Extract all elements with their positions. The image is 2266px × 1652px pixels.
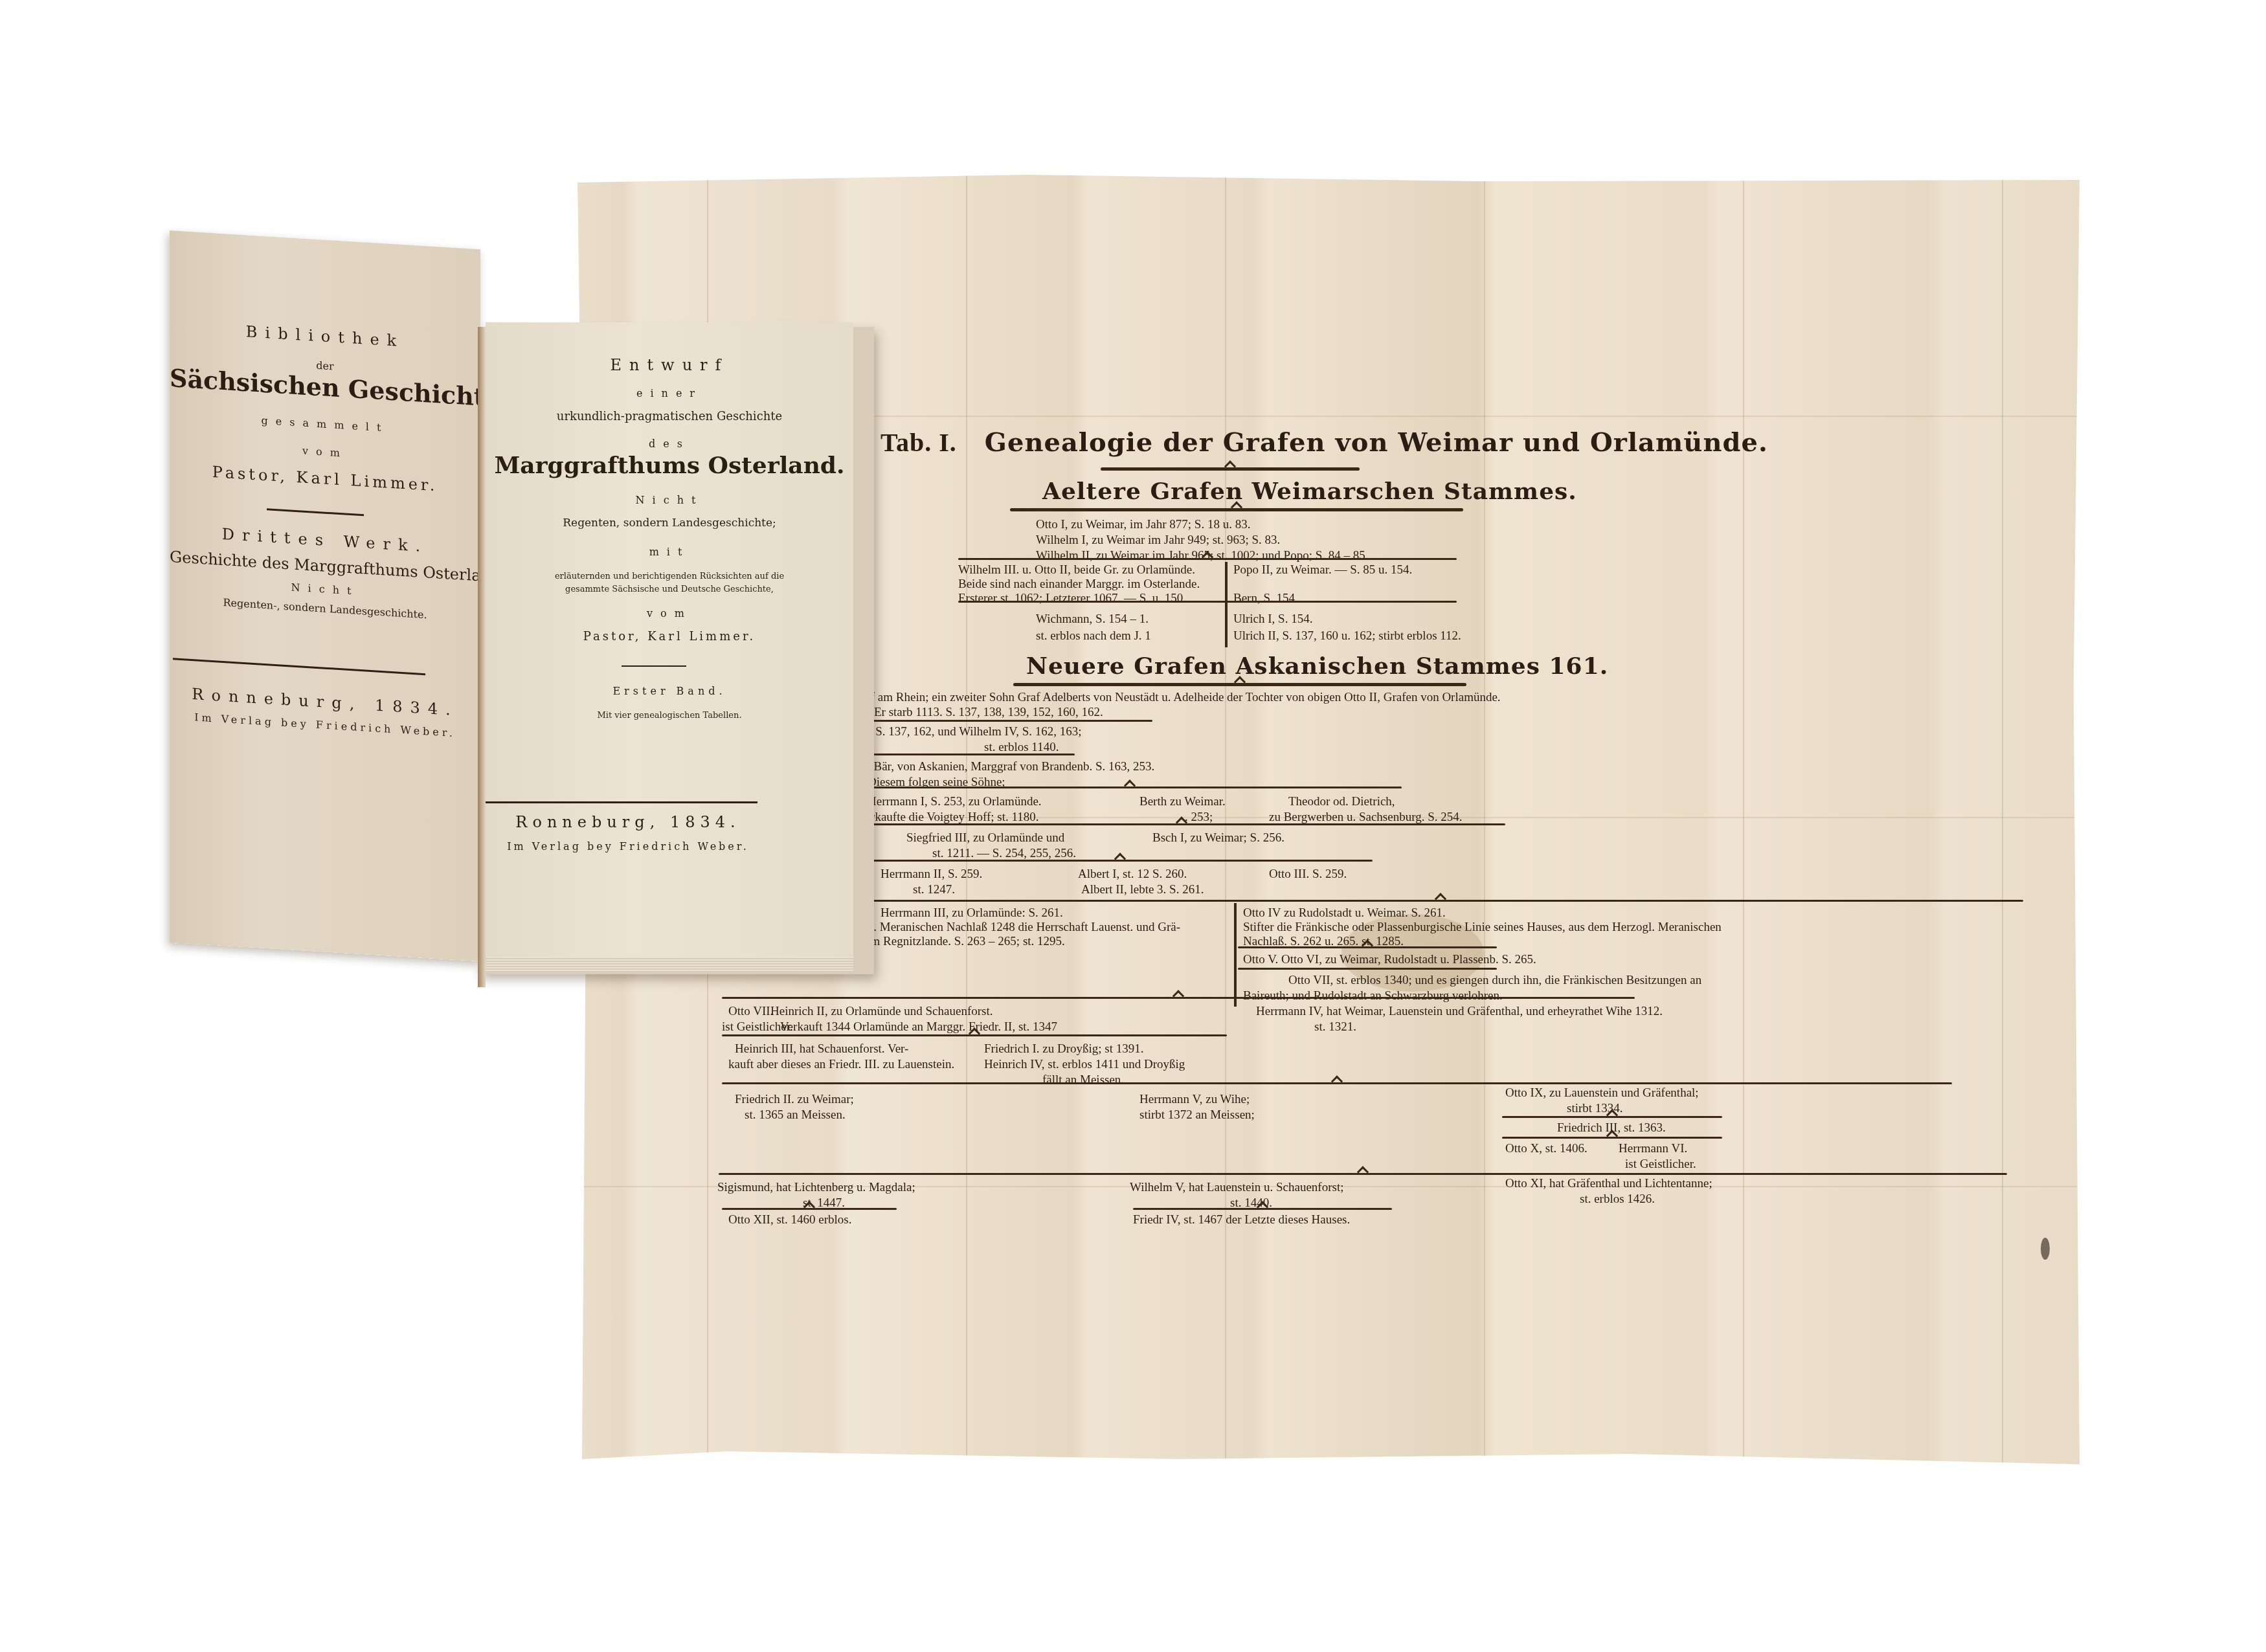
title-rule (486, 801, 757, 803)
brace-rule (1502, 1116, 1722, 1118)
genealogy-entry: Siegfried III, zu Orlamünde und (906, 830, 1064, 847)
divider-bar (1225, 562, 1228, 614)
genealogy-entry: fällt an Meissen. (1042, 1072, 1124, 1089)
brace-rule (1502, 1137, 1722, 1139)
genealogy-entry: Friedrich I. zu Droyßig; st 1391. (984, 1041, 1143, 1058)
fold-crease (1225, 170, 1226, 1464)
brace-rule (1238, 946, 1497, 948)
table-title-text: Genealogie der Grafen von Weimar und Orl… (985, 427, 1768, 458)
genealogy-entry: Er starb 1113. S. 137, 138, 139, 152, 16… (874, 704, 1103, 721)
brace-rule (858, 787, 1402, 788)
fold-crease (2002, 170, 2003, 1464)
author: Pastor, Karl Limmer. (486, 630, 853, 643)
brace-rule (1101, 467, 1360, 471)
genealogy-entry: st. erblos nach dem J. 1 (1036, 628, 1151, 645)
genealogy-entry: Otto IX, zu Lauenstein und Gräfenthal; (1505, 1085, 1699, 1102)
table-title: Tab. I. Genealogie der Grafen von Weimar… (881, 427, 1768, 458)
book-gutter (478, 327, 486, 987)
fold-crease (1743, 170, 1744, 1464)
genealogy-entry: er Bär, von Askanien, Marggraf von Brand… (861, 759, 1154, 776)
book-left-page: Bibliothek der Sächsischen Geschichte, g… (170, 230, 480, 961)
genealogy-entry: Otto VII, st. erblos 1340; und es gienge… (1288, 972, 1701, 989)
genealogy-entry: Otto XI, hat Gräfenthal und Lichtentanne… (1505, 1176, 1712, 1192)
genealogy-entry: Bern, S. 154. (1233, 590, 1298, 607)
genealogy-entry: stirbt 1372 an Meissen; (1139, 1107, 1255, 1124)
genealogy-entry: ist Geistlicher. (1625, 1156, 1696, 1173)
genealogy-entry: Herrmann II, S. 259. (881, 866, 982, 883)
imprint-publisher: Im Verlag bey Friedrich Weber. (486, 840, 770, 853)
brace-rule (722, 1082, 1952, 1084)
genealogy-entry: Wichmann, S. 154 – 1. (1036, 611, 1149, 628)
genealogy-entry: Baireuth; und Rudolstadt an Schwarzburg … (1243, 988, 1503, 1005)
title-line: gesammelt (170, 408, 480, 440)
book-right-page: Entwurf einer urkundlich-pragmatischen G… (486, 322, 853, 957)
genealogy-entry: Friedr IV, st. 1467 der Letzte dieses Ha… (1133, 1212, 1350, 1229)
brace-rule (722, 997, 1635, 999)
genealogy-entry: II, S. 137, 162, und Wilhelm IV, S. 162,… (861, 724, 1082, 741)
title-line: des (486, 438, 853, 450)
title-rule (173, 658, 425, 675)
brace-rule (719, 1173, 2007, 1175)
genealogy-entry: Albert II, lebte 3. S. 261. (1081, 882, 1204, 899)
rule (855, 720, 1152, 722)
title-line: Nicht (486, 494, 853, 506)
genealogy-entry: Berth zu Weimar. (1139, 794, 1226, 810)
title-line: vom (486, 607, 853, 619)
genealogy-entry: st. 1365 an Meissen. (745, 1107, 846, 1124)
table-number: Tab. I. (881, 428, 957, 457)
genealogy-entry: Heinrich II, zu Orlamünde und Schauenfor… (770, 1003, 993, 1020)
imprint-place: Ronneburg, 1834. (486, 813, 770, 831)
brace-rule (1013, 683, 1466, 686)
brace-rule (858, 900, 2023, 902)
genealogy-entry: Heinrich III, hat Schauenforst. Ver- (735, 1041, 908, 1058)
genealogy-entry: Albert I, st. 12 S. 260. (1078, 866, 1187, 883)
title-line: gesammte Sächsische und Deutsche Geschic… (486, 585, 853, 594)
brace-rule (868, 860, 1373, 862)
fold-crease (1484, 170, 1485, 1464)
genealogy-entry: st. 1321. (1314, 1019, 1356, 1036)
section-heading-new: Neuere Grafen Askanischen Stammes 161. (1026, 653, 1608, 680)
brace-rule (858, 823, 1505, 825)
title-line: Entwurf (486, 356, 853, 374)
genealogy-entry: Herrmann VI. (1619, 1141, 1687, 1157)
genealogy-entry: st. erblos 1426. (1580, 1191, 1655, 1208)
genealogy-entry: Heinrich IV, st. erblos 1411 und Droyßig (984, 1056, 1185, 1073)
genealogy-entry: Sigismund, hat Lichtenberg u. Magdala; (717, 1179, 915, 1196)
author: Pastor, Karl Limmer. (170, 460, 480, 497)
genealogy-entry: Herrmann IV, hat Weimar, Lauenstein und … (1256, 1003, 1663, 1020)
genealogy-entry: Otto III. S. 259. (1269, 866, 1347, 883)
genealogy-entry: Ersterer st. 1062; Letzterer 1067. — S. … (958, 590, 1186, 607)
rule (1238, 968, 1497, 970)
title-rule (622, 665, 686, 667)
title-line: einer (486, 387, 853, 399)
genealogy-entry: Herrmann V, zu Wihe; (1139, 1091, 1250, 1108)
genealogy-entry: Otto VII. (728, 1003, 773, 1020)
rule (855, 753, 1075, 755)
section-heading-old: Aeltere Grafen Weimarschen Stammes. (1042, 478, 1577, 505)
ink-spot (2041, 1238, 2050, 1260)
brace-rule (722, 1208, 897, 1210)
genealogy-entry: Otto V. Otto VI, zu Weimar, Rudolstadt u… (1243, 952, 1536, 968)
genealogy-entry: kauft aber dieses an Friedr. III. zu Lau… (728, 1056, 954, 1073)
brace-rule (1133, 1208, 1392, 1210)
genealogy-entry: Herrmann I, S. 253, zu Orlamünde. (868, 794, 1042, 810)
genealogy-entry: Wilhelm V, hat Lauenstein u. Schauenfors… (1130, 1179, 1343, 1196)
genealogy-entry: Bsch I, zu Weimar; S. 256. (1152, 830, 1284, 847)
divider-bar (1225, 608, 1228, 647)
title-line: Bibliothek (170, 318, 480, 355)
genealogy-entry: Friedrich II. zu Weimar; (735, 1091, 854, 1108)
genealogy-entry: Popo II, zu Weimar. — S. 85 u. 154. (1233, 562, 1412, 579)
genealogy-entry: Ulrich I, S. 154. (1233, 611, 1312, 628)
note: Mit vier genealogischen Tabellen. (486, 711, 853, 720)
brace-rule (1010, 508, 1463, 511)
genealogy-entry: Otto X, st. 1406. (1505, 1141, 1587, 1157)
title-rule (267, 508, 364, 516)
genealogy-entry: Otto I, zu Weimar, im Jahr 877; S. 18 u.… (1036, 517, 1250, 533)
title-main: Marggrafthums Osterland. (486, 452, 853, 479)
genealogy-entry: Wilhelm I, zu Weimar im Jahr 949; st. 96… (1036, 532, 1280, 549)
title-line: mit (486, 546, 853, 558)
genealogy-entry: Ulrich II, S. 137, 160 u. 162; stirbt er… (1233, 628, 1461, 645)
genealogy-entry: Verkauft 1344 Orlamünde an Marggr. Fried… (780, 1019, 1057, 1036)
title-line: erläuternden und berichtigenden Rücksich… (486, 572, 853, 581)
brace-rule (722, 1034, 1227, 1036)
rule (958, 601, 1457, 603)
genealogy-entry: Theodor od. Dietrich, (1288, 794, 1395, 810)
brace-rule (958, 558, 1457, 560)
title-line: urkundlich-pragmatischen Geschichte (486, 410, 853, 423)
genealogy-entry: st. 1247. (913, 882, 955, 899)
genealogy-entry: Otto XII, st. 1460 erblos. (728, 1212, 852, 1229)
genealogy-entry: Diesem folgen seine Söhne; (868, 774, 1005, 791)
genealogy-entry: n im Regnitzlande. S. 263 – 265; st. 129… (858, 933, 1065, 950)
divider-bar (1234, 903, 1237, 1007)
volume: Erster Band. (486, 685, 853, 697)
title-line: Regenten, sondern Landesgeschichte; (486, 517, 853, 530)
